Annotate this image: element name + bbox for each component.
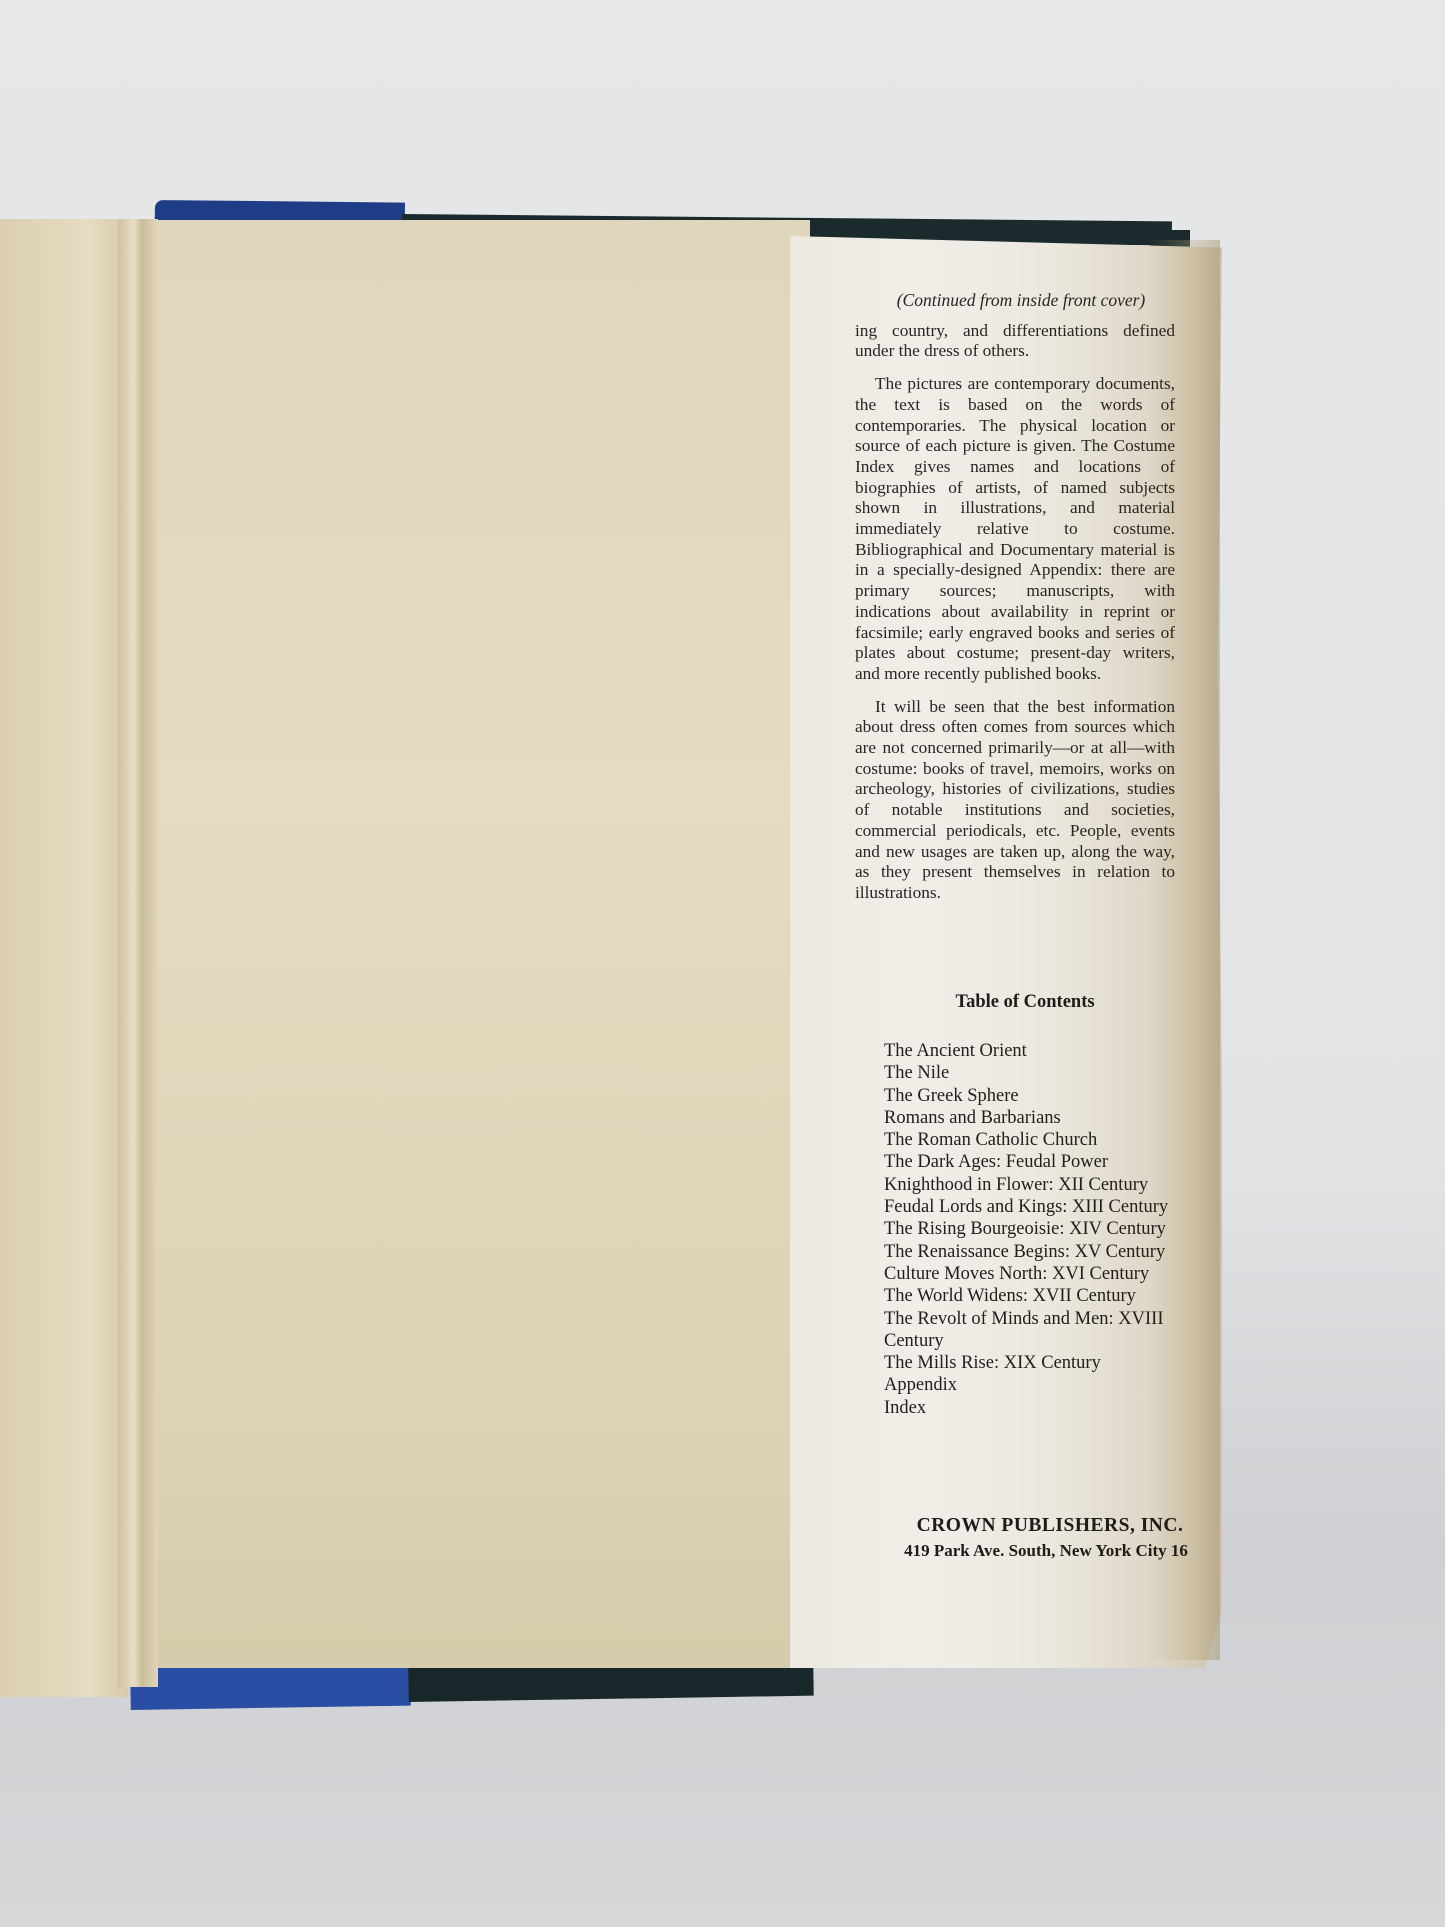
toc-title: Table of Contents (900, 992, 1150, 1013)
toc-item: Culture Moves North: XVI Century (884, 1263, 1204, 1285)
flap-paragraph: It will be seen that the best informatio… (855, 697, 1175, 904)
toc-item: Appendix (884, 1374, 1204, 1396)
book-gutter (118, 219, 158, 1687)
continued-note: (Continued from inside front cover) (867, 290, 1175, 311)
toc-item: The Mills Rise: XIX Century (884, 1352, 1204, 1374)
toc-item: The Revolt of Minds and Men: XVIII Centu… (884, 1308, 1204, 1353)
toc-item: The Dark Ages: Feudal Power (884, 1151, 1204, 1173)
toc-item: The Nile (884, 1062, 1204, 1084)
flap-text-block: (Continued from inside front cover) ing … (855, 290, 1175, 916)
toc-item: The World Widens: XVII Century (884, 1285, 1204, 1307)
toc-item: Index (884, 1397, 1204, 1419)
left-flyleaf-page (0, 219, 128, 1697)
toc-item: The Renaissance Begins: XV Century (884, 1241, 1204, 1263)
toc-item: Feudal Lords and Kings: XIII Century (884, 1196, 1204, 1218)
publisher-address: 419 Park Ave. South, New York City 16 (876, 1541, 1216, 1561)
publisher-name: CROWN PUBLISHERS, INC. (880, 1515, 1220, 1537)
toc-item: The Roman Catholic Church (884, 1129, 1204, 1151)
toc-item: The Ancient Orient (884, 1040, 1204, 1062)
pastedown-endpaper (150, 220, 810, 1668)
toc-item: Romans and Barbarians (884, 1107, 1204, 1129)
table-of-contents: The Ancient Orient The Nile The Greek Sp… (884, 1040, 1204, 1419)
toc-item: Knighthood in Flower: XII Century (884, 1174, 1204, 1196)
toc-item: The Greek Sphere (884, 1085, 1204, 1107)
toc-item: The Rising Bourgeoisie: XIV Century (884, 1218, 1204, 1240)
flap-paragraph: ing country, and differentiations define… (855, 321, 1175, 362)
flap-paragraph: The pictures are contemporary documents,… (855, 374, 1175, 685)
